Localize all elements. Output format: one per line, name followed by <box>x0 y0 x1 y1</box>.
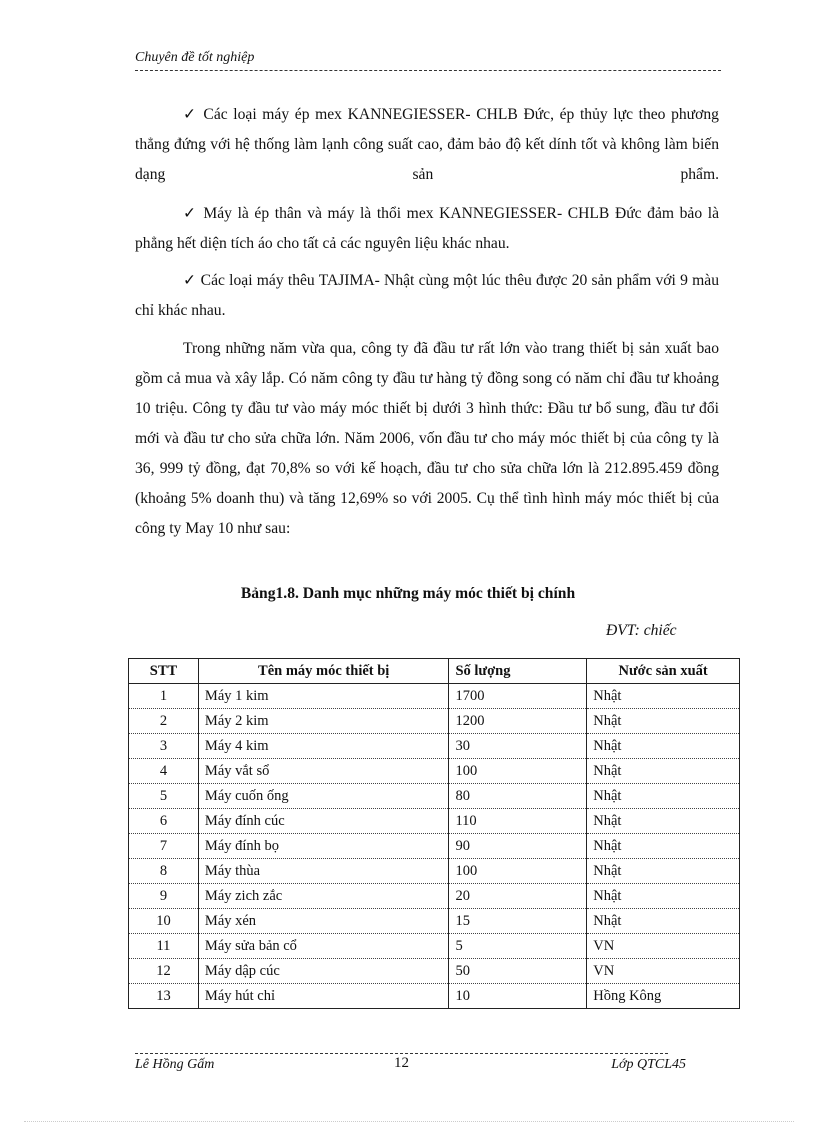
cell-country: Nhật <box>587 884 740 909</box>
check-mark-icon: ✓ <box>183 272 196 289</box>
table-row: 3Máy 4 kim30Nhật <box>129 734 740 759</box>
cell-quantity: 110 <box>449 809 587 834</box>
table-caption: Bảng1.8. Danh mục những máy móc thiết bị… <box>0 585 816 603</box>
cell-quantity: 100 <box>449 759 587 784</box>
page-footer: Lê Hồng Gấm 12 Lớp QTCL45 <box>135 1053 668 1076</box>
table-row: 11Máy sửa bản cổ5VN <box>129 934 740 959</box>
cell-name: Máy hút chỉ <box>198 984 449 1009</box>
cell-stt: 13 <box>129 984 199 1009</box>
paragraph-3: ✓ Các loại máy thêu TAJIMA- Nhật cùng mộ… <box>135 266 719 326</box>
column-header-stt: STT <box>129 659 199 684</box>
cell-stt: 2 <box>129 709 199 734</box>
table-row: 12Máy dập cúc50VN <box>129 959 740 984</box>
cell-quantity: 20 <box>449 884 587 909</box>
cell-country: VN <box>587 959 740 984</box>
paragraph-text: Các loại máy ép mex KANNEGIESSER- CHLB Đ… <box>135 106 719 183</box>
table-unit: ĐVT: chiếc <box>606 622 677 640</box>
cell-quantity: 15 <box>449 909 587 934</box>
header-title: Chuyên đề tốt nghiệp <box>135 50 254 66</box>
cell-quantity: 30 <box>449 734 587 759</box>
cell-quantity: 1200 <box>449 709 587 734</box>
cell-quantity: 80 <box>449 784 587 809</box>
cell-stt: 4 <box>129 759 199 784</box>
cell-country: Nhật <box>587 859 740 884</box>
cell-quantity: 50 <box>449 959 587 984</box>
cell-stt: 10 <box>129 909 199 934</box>
cell-country: VN <box>587 934 740 959</box>
table-row: 8Máy thùa100Nhật <box>129 859 740 884</box>
column-header-name: Tên máy móc thiết bị <box>198 659 449 684</box>
table-row: 5Máy cuốn ống80Nhật <box>129 784 740 809</box>
table-row: 9Máy zich zắc20Nhật <box>129 884 740 909</box>
table-row: 10Máy xén15Nhật <box>129 909 740 934</box>
cell-name: Máy zich zắc <box>198 884 449 909</box>
cell-stt: 11 <box>129 934 199 959</box>
cell-quantity: 100 <box>449 859 587 884</box>
cell-country: Hồng Kông <box>587 984 740 1009</box>
cell-stt: 5 <box>129 784 199 809</box>
cell-name: Máy vắt sổ <box>198 759 449 784</box>
cell-country: Nhật <box>587 809 740 834</box>
cell-stt: 9 <box>129 884 199 909</box>
cell-name: Máy đính cúc <box>198 809 449 834</box>
cell-stt: 12 <box>129 959 199 984</box>
table-row: 6Máy đính cúc110Nhật <box>129 809 740 834</box>
table-header-row: STT Tên máy móc thiết bị Số lượng Nước s… <box>129 659 740 684</box>
cell-country: Nhật <box>587 759 740 784</box>
cell-name: Máy cuốn ống <box>198 784 449 809</box>
cell-stt: 8 <box>129 859 199 884</box>
table-row: 1Máy 1 kim1700Nhật <box>129 684 740 709</box>
cell-country: Nhật <box>587 784 740 809</box>
paragraph-text: Các loại máy thêu TAJIMA- Nhật cùng một … <box>135 272 719 319</box>
table-row: 7Máy đính bọ90Nhật <box>129 834 740 859</box>
paragraph-1: ✓ Các loại máy ép mex KANNEGIESSER- CHLB… <box>135 100 719 190</box>
table-body: 1Máy 1 kim1700Nhật2Máy 2 kim1200Nhật3Máy… <box>129 684 740 1009</box>
cell-name: Máy 1 kim <box>198 684 449 709</box>
cell-stt: 3 <box>129 734 199 759</box>
page-header: Chuyên đề tốt nghiệp <box>135 50 721 71</box>
paragraph-text: Máy là ép thân và máy là thổi mex KANNEG… <box>135 205 719 252</box>
cell-stt: 6 <box>129 809 199 834</box>
check-mark-icon: ✓ <box>183 106 198 123</box>
cell-country: Nhật <box>587 734 740 759</box>
table-row: 2Máy 2 kim1200Nhật <box>129 709 740 734</box>
cell-name: Máy dập cúc <box>198 959 449 984</box>
cell-name: Máy xén <box>198 909 449 934</box>
cell-country: Nhật <box>587 834 740 859</box>
cell-quantity: 10 <box>449 984 587 1009</box>
cell-name: Máy sửa bản cổ <box>198 934 449 959</box>
table-row: 13Máy hút chỉ10Hồng Kông <box>129 984 740 1009</box>
cell-stt: 1 <box>129 684 199 709</box>
column-header-quantity: Số lượng <box>449 659 587 684</box>
page-bottom-border <box>24 1121 794 1122</box>
column-header-country: Nước sản xuất <box>587 659 740 684</box>
cell-quantity: 5 <box>449 934 587 959</box>
cell-quantity: 90 <box>449 834 587 859</box>
paragraph-2: ✓ Máy là ép thân và máy là thổi mex KANN… <box>135 199 719 259</box>
cell-name: Máy 4 kim <box>198 734 449 759</box>
footer-class: Lớp QTCL45 <box>611 1057 686 1073</box>
paragraph-4: Trong những năm vừa qua, công ty đã đầu … <box>135 334 719 544</box>
check-mark-icon: ✓ <box>183 205 198 222</box>
cell-country: Nhật <box>587 709 740 734</box>
cell-quantity: 1700 <box>449 684 587 709</box>
table-row: 4Máy vắt sổ100Nhật <box>129 759 740 784</box>
page-number: 12 <box>135 1055 668 1072</box>
cell-country: Nhật <box>587 909 740 934</box>
equipment-table: STT Tên máy móc thiết bị Số lượng Nước s… <box>128 658 740 1009</box>
document-page: Chuyên đề tốt nghiệp ✓ Các loại máy ép m… <box>0 0 816 1123</box>
cell-name: Máy thùa <box>198 859 449 884</box>
cell-name: Máy đính bọ <box>198 834 449 859</box>
cell-stt: 7 <box>129 834 199 859</box>
cell-country: Nhật <box>587 684 740 709</box>
cell-name: Máy 2 kim <box>198 709 449 734</box>
